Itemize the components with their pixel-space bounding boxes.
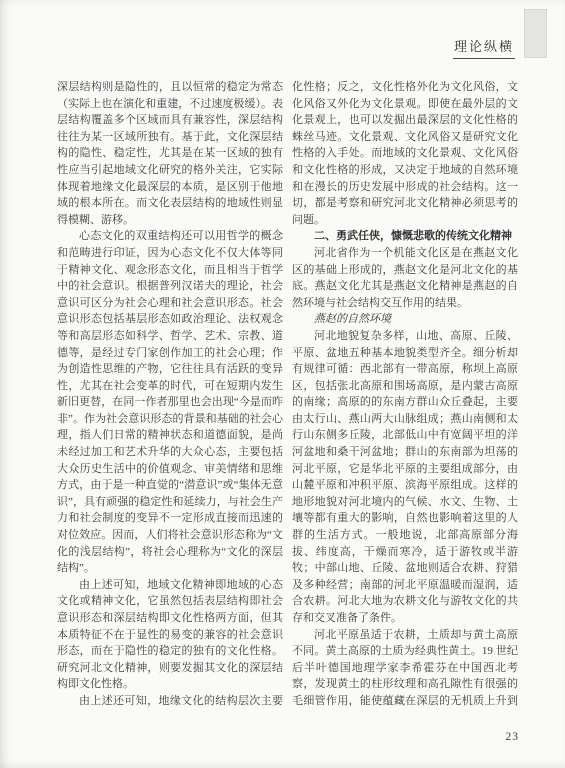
paragraph: 由上述可知，地域文化精神即地域的心态文化或精神文化，它虽然包括表层结构即社会意识… xyxy=(57,577,283,693)
section-header-label: 理论纵横 xyxy=(453,36,515,59)
paragraph: 深层结构则是隐性的，且以恒常的稳定为常态（实际上也在演化和重建，不过速度极缓）。… xyxy=(57,79,283,228)
paragraph: 河北平原虽适于农耕，土质却与黄土高原不同。黄土高原的土质为经典性黄土。19 世纪… xyxy=(292,627,518,711)
section-heading: 二、勇武任侠，慷慨悲歌的传统文化精神 xyxy=(292,228,518,245)
paragraph: 化性格；反之，文化性格外化为文化风俗，文化风俗又外化为文化景观。即使在最外层的文… xyxy=(292,79,518,228)
paragraph: 心态文化的双重结构还可以用哲学的概念和范畴进行印证，因为心态文化不仅大体等同于精… xyxy=(57,228,283,576)
text-columns: 深层结构则是隐性的，且以恒常的稳定为常态（实际上也在演化和重建，不过速度极缓）。… xyxy=(57,79,518,711)
paragraph: 由上述还可知，地缘文化的结构层次主要有三：地域文化景观、地域文化风俗和地域文化性… xyxy=(57,693,283,711)
paragraph: 河北地貌复杂多样，山地、高原、丘陵、平原、盆地五种基本地貌类型齐全。细分析却有规… xyxy=(292,328,518,627)
sub-heading: 燕赵的自然环境 xyxy=(292,311,518,328)
left-column: 深层结构则是隐性的，且以恒常的稳定为常态（实际上也在演化和重建，不过速度极缓）。… xyxy=(57,79,283,711)
paragraph: 河北省作为一个机能文化区是在燕赵文化区的基础上形成的，燕赵文化是河北文化的基底。… xyxy=(292,245,518,311)
section-tab xyxy=(524,9,547,58)
right-column: 化性格；反之，文化性格外化为文化风俗，文化风俗又外化为文化景观。即使在最外层的文… xyxy=(292,79,518,711)
book-page: 理论纵横 深层结构则是隐性的，且以恒常的稳定为常态（实际上也在演化和重建，不过速… xyxy=(0,0,565,768)
page-number: 23 xyxy=(506,731,520,743)
